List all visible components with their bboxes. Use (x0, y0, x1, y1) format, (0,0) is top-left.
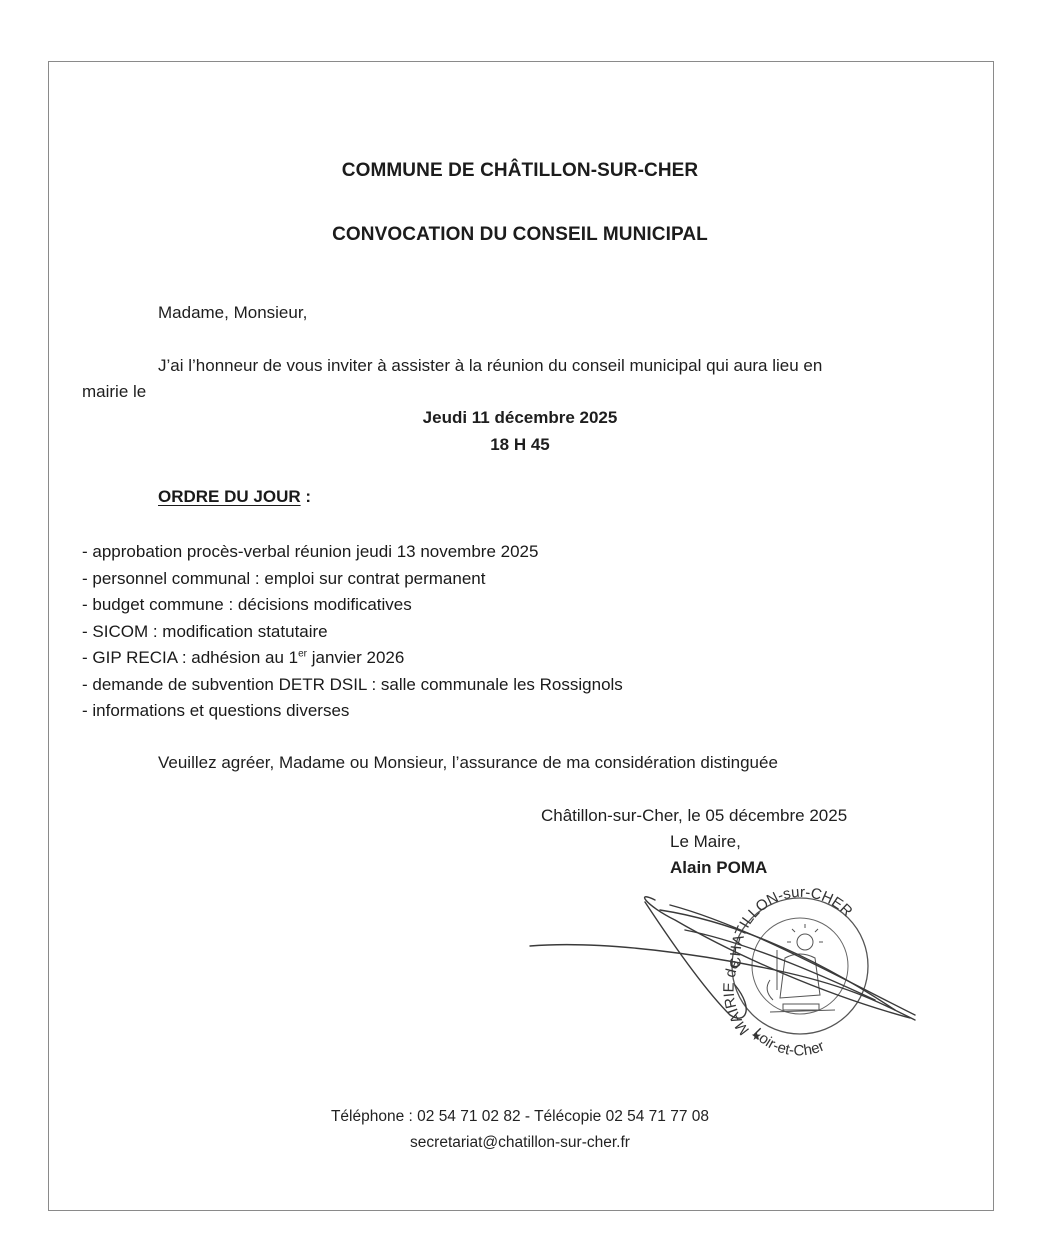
stamp-top-text: CHATILLON-sur-CHER (727, 884, 856, 969)
salutation: Madame, Monsieur, (158, 303, 307, 323)
agenda-heading-colon: : (301, 487, 311, 506)
svg-text:CHATILLON-sur-CHER: CHATILLON-sur-CHER (727, 884, 856, 969)
commune-title: COMMUNE DE CHÂTILLON-SUR-CHER (0, 160, 1040, 182)
agenda-item: - informations et questions diverses (82, 698, 623, 725)
agenda-item-text: - GIP RECIA : adhésion au 1 (82, 648, 298, 667)
invitation-line-2: mairie le (82, 382, 146, 402)
signature-place-date: Châtillon-sur-Cher, le 05 décembre 2025 (541, 806, 847, 826)
agenda-item: - demande de subvention DETR DSIL : sall… (82, 672, 623, 699)
agenda-list: - approbation procès-verbal réunion jeud… (82, 539, 623, 725)
agenda-heading-text: ORDRE DU JOUR (158, 487, 301, 506)
svg-text:MAIRIE de: MAIRIE de (721, 958, 753, 1039)
agenda-item: - GIP RECIA : adhésion au 1er janvier 20… (82, 645, 623, 672)
agenda-item: - budget commune : décisions modificativ… (82, 592, 623, 619)
invitation-line-1: J’ai l’honneur de vous inviter à assiste… (158, 356, 822, 376)
agenda-item: - SICOM : modification statutaire (82, 619, 623, 646)
svg-text:★: ★ (751, 1029, 762, 1043)
signature-role: Le Maire, (670, 832, 741, 852)
agenda-item: - personnel communal : emploi sur contra… (82, 566, 623, 593)
document-subject: CONVOCATION DU CONSEIL MUNICIPAL (0, 224, 1040, 246)
agenda-heading: ORDRE DU JOUR : (158, 487, 311, 507)
footer-contact: Téléphone : 02 54 71 02 82 - Télécopie 0… (0, 1108, 1040, 1126)
closing-formula: Veuillez agréer, Madame ou Monsieur, l’a… (158, 753, 778, 773)
meeting-date: Jeudi 11 décembre 2025 (0, 408, 1040, 428)
stamp-left-text: MAIRIE de (721, 958, 753, 1039)
meeting-time: 18 H 45 (0, 435, 1040, 455)
footer-email[interactable]: secretariat@chatillon-sur-cher.fr (0, 1134, 1040, 1152)
signature-name: Alain POMA (670, 858, 767, 878)
agenda-item: - approbation procès-verbal réunion jeud… (82, 539, 623, 566)
agenda-item-text-end: janvier 2026 (307, 648, 404, 667)
official-seal-icon: CHATILLON-sur-CHER MAIRIE de Loir-et-Che… (515, 880, 925, 1070)
agenda-item-superscript: er (298, 648, 307, 659)
